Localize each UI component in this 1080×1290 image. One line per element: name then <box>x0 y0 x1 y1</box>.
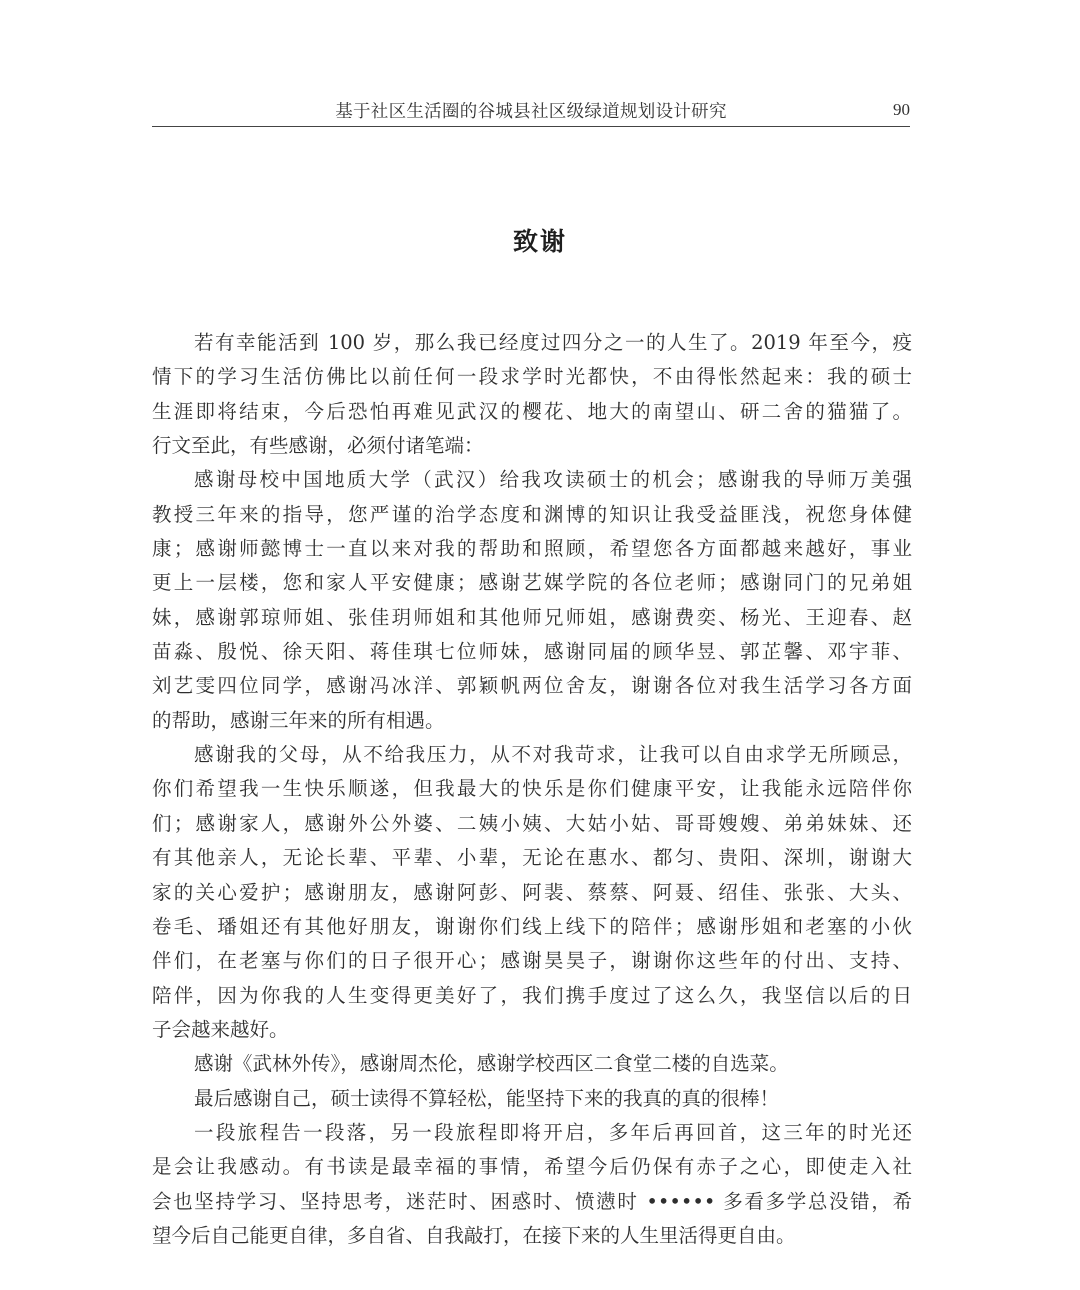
paragraph: 最后感谢自己，硕士读得不算轻松，能坚持下来的我真的真的很棒！ <box>152 1082 912 1116</box>
text-line: 们；感谢家人，感谢外公外婆、二姨小姨、大姑小姑、哥哥嫂嫂、弟弟妹妹、还 <box>152 807 912 841</box>
text-line: 有其他亲人，无论长辈、平辈、小辈，无论在惠水、都匀、贵阳、深圳，谢谢大 <box>152 841 912 875</box>
paragraph: 感谢《武林外传》，感谢周杰伦，感谢学校西区二食堂二楼的自选菜。 <box>152 1047 912 1081</box>
text-line: 情下的学习生活仿佛比以前任何一段求学时光都快，不由得怅然起来：我的硕士 <box>152 360 912 394</box>
section-title: 致谢 <box>0 222 1080 258</box>
text-line: 感谢《武林外传》，感谢周杰伦，感谢学校西区二食堂二楼的自选菜。 <box>152 1047 912 1081</box>
text-line: 你们希望我一生快乐顺遂，但我最大的快乐是你们健康平安，让我能永远陪伴你 <box>152 772 912 806</box>
text-line: 望今后自己能更自律，多自省、自我敲打，在接下来的人生里活得更自由。 <box>152 1219 912 1253</box>
running-header: 基于社区生活圈的谷城县社区级绿道规划设计研究 90 <box>152 96 910 127</box>
text-line: 生涯即将结束，今后恐怕再难见武汉的樱花、地大的南望山、研二舍的猫猫了。 <box>152 395 912 429</box>
page-number: 90 <box>893 100 910 120</box>
text-line: 更上一层楼，您和家人平安健康；感谢艺媒学院的各位老师；感谢同门的兄弟姐 <box>152 566 912 600</box>
paragraph: 感谢母校中国地质大学（武汉）给我攻读硕士的机会；感谢我的导师万美强 教授三年来的… <box>152 463 912 738</box>
text-line: 刘艺雯四位同学，感谢冯冰洋、郭颖帆两位舍友，谢谢各位对我生活学习各方面 <box>152 669 912 703</box>
paragraph: 若有幸能活到 100 岁，那么我已经度过四分之一的人生了。2019 年至今，疫 … <box>152 326 912 463</box>
text-line: 康；感谢师懿博士一直以来对我的帮助和照顾，希望您各方面都越来越好，事业 <box>152 532 912 566</box>
running-header-title: 基于社区生活圈的谷城县社区级绿道规划设计研究 <box>152 98 910 123</box>
text-line: 是会让我感动。有书读是最幸福的事情，希望今后仍保有赤子之心，即使走入社 <box>152 1150 912 1184</box>
text-line: 家的关心爱护；感谢朋友，感谢阿彭、阿裴、蔡蔡、阿聂、绍佳、张张、大头、 <box>152 876 912 910</box>
text-line: 感谢母校中国地质大学（武汉）给我攻读硕士的机会；感谢我的导师万美强 <box>152 463 912 497</box>
text-line: 若有幸能活到 100 岁，那么我已经度过四分之一的人生了。2019 年至今，疫 <box>152 326 912 360</box>
text-line: 感谢我的父母，从不给我压力，从不对我苛求，让我可以自由求学无所顾忌， <box>152 738 912 772</box>
text-line: 一段旅程告一段落，另一段旅程即将开启，多年后再回首，这三年的时光还 <box>152 1116 912 1150</box>
text-line: 最后感谢自己，硕士读得不算轻松，能坚持下来的我真的真的很棒！ <box>152 1082 912 1116</box>
text-line: 苗淼、殷悦、徐天阳、蒋佳琪七位师妹，感谢同届的顾华昱、郭芷馨、邓宇菲、 <box>152 635 912 669</box>
paragraph: 感谢我的父母，从不给我压力，从不对我苛求，让我可以自由求学无所顾忌， 你们希望我… <box>152 738 912 1047</box>
text-line: 教授三年来的指导，您严谨的治学态度和渊博的知识让我受益匪浅，祝您身体健 <box>152 498 912 532</box>
text-line: 子会越来越好。 <box>152 1013 912 1047</box>
text-line: 的帮助，感谢三年来的所有相遇。 <box>152 704 912 738</box>
text-line: 陪伴，因为你我的人生变得更美好了，我们携手度过了这么久，我坚信以后的日 <box>152 979 912 1013</box>
text-line: 会也坚持学习、坚持思考，迷茫时、困惑时、愤懑时 •••••• 多看多学总没错，希 <box>152 1185 912 1219</box>
paragraph: 一段旅程告一段落，另一段旅程即将开启，多年后再回首，这三年的时光还 是会让我感动… <box>152 1116 912 1253</box>
text-line: 伴们，在老塞与你们的日子很开心；感谢昊昊子，谢谢你这些年的付出、支持、 <box>152 944 912 978</box>
text-line: 妹，感谢郭琼师姐、张佳玥师姐和其他师兄师姐，感谢费奕、杨光、王迎春、赵 <box>152 601 912 635</box>
text-line: 行文至此，有些感谢，必须付诸笔端： <box>152 429 912 463</box>
text-line: 卷毛、璠姐还有其他好朋友，谢谢你们线上线下的陪伴；感谢彤姐和老塞的小伙 <box>152 910 912 944</box>
body-text: 若有幸能活到 100 岁，那么我已经度过四分之一的人生了。2019 年至今，疫 … <box>152 326 912 1253</box>
